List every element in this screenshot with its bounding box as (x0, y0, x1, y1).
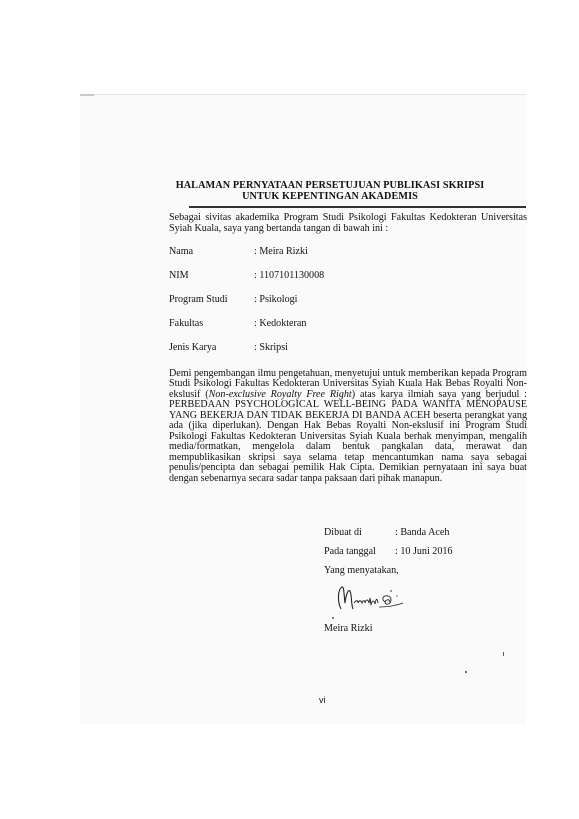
signature-icon (335, 583, 405, 613)
consent-text-part2: ) atas karya ilmiah saya yang berjudul :… (169, 389, 527, 484)
field-value-nim: : 1107101130008 (254, 270, 324, 282)
scan-speck (503, 652, 504, 656)
field-label-nim: NIM (169, 270, 189, 282)
field-value-nama: : Meira Rizki (254, 246, 308, 258)
date-label: Pada tanggal (324, 546, 376, 558)
field-value-program-studi: : Psikologi (254, 294, 297, 306)
statement-text: Yang menyatakan, (324, 565, 399, 577)
scan-speck (465, 671, 467, 673)
title-underline (189, 206, 526, 208)
date-value: : 10 Juni 2016 (395, 546, 452, 558)
field-label-jenis-karya: Jenis Karya (169, 342, 216, 354)
consent-paragraph: Demi pengembangan ilmu pengetahuan, meny… (169, 369, 527, 484)
field-label-program-studi: Program Studi (169, 294, 228, 306)
field-value-jenis-karya: : Skripsi (254, 342, 288, 354)
place-label: Dibuat di (324, 527, 362, 539)
field-label-fakultas: Fakultas (169, 318, 203, 330)
page-number: vi (319, 695, 326, 705)
field-value-fakultas: : Kedokteran (254, 318, 306, 330)
document-title-line2: UNTUK KEPENTINGAN AKADEMIS (150, 191, 510, 203)
place-value: : Banda Aceh (395, 527, 449, 539)
field-label-nama: Nama (169, 246, 193, 258)
page-edge-shadow (80, 94, 94, 96)
consent-text-italic: Non-exclusive Royalty Free Right (209, 389, 352, 400)
scan-speck (332, 617, 334, 619)
intro-paragraph: Sebagai sivitas akademika Program Studi … (169, 213, 527, 234)
signer-name: Meira Rizki (324, 623, 373, 635)
